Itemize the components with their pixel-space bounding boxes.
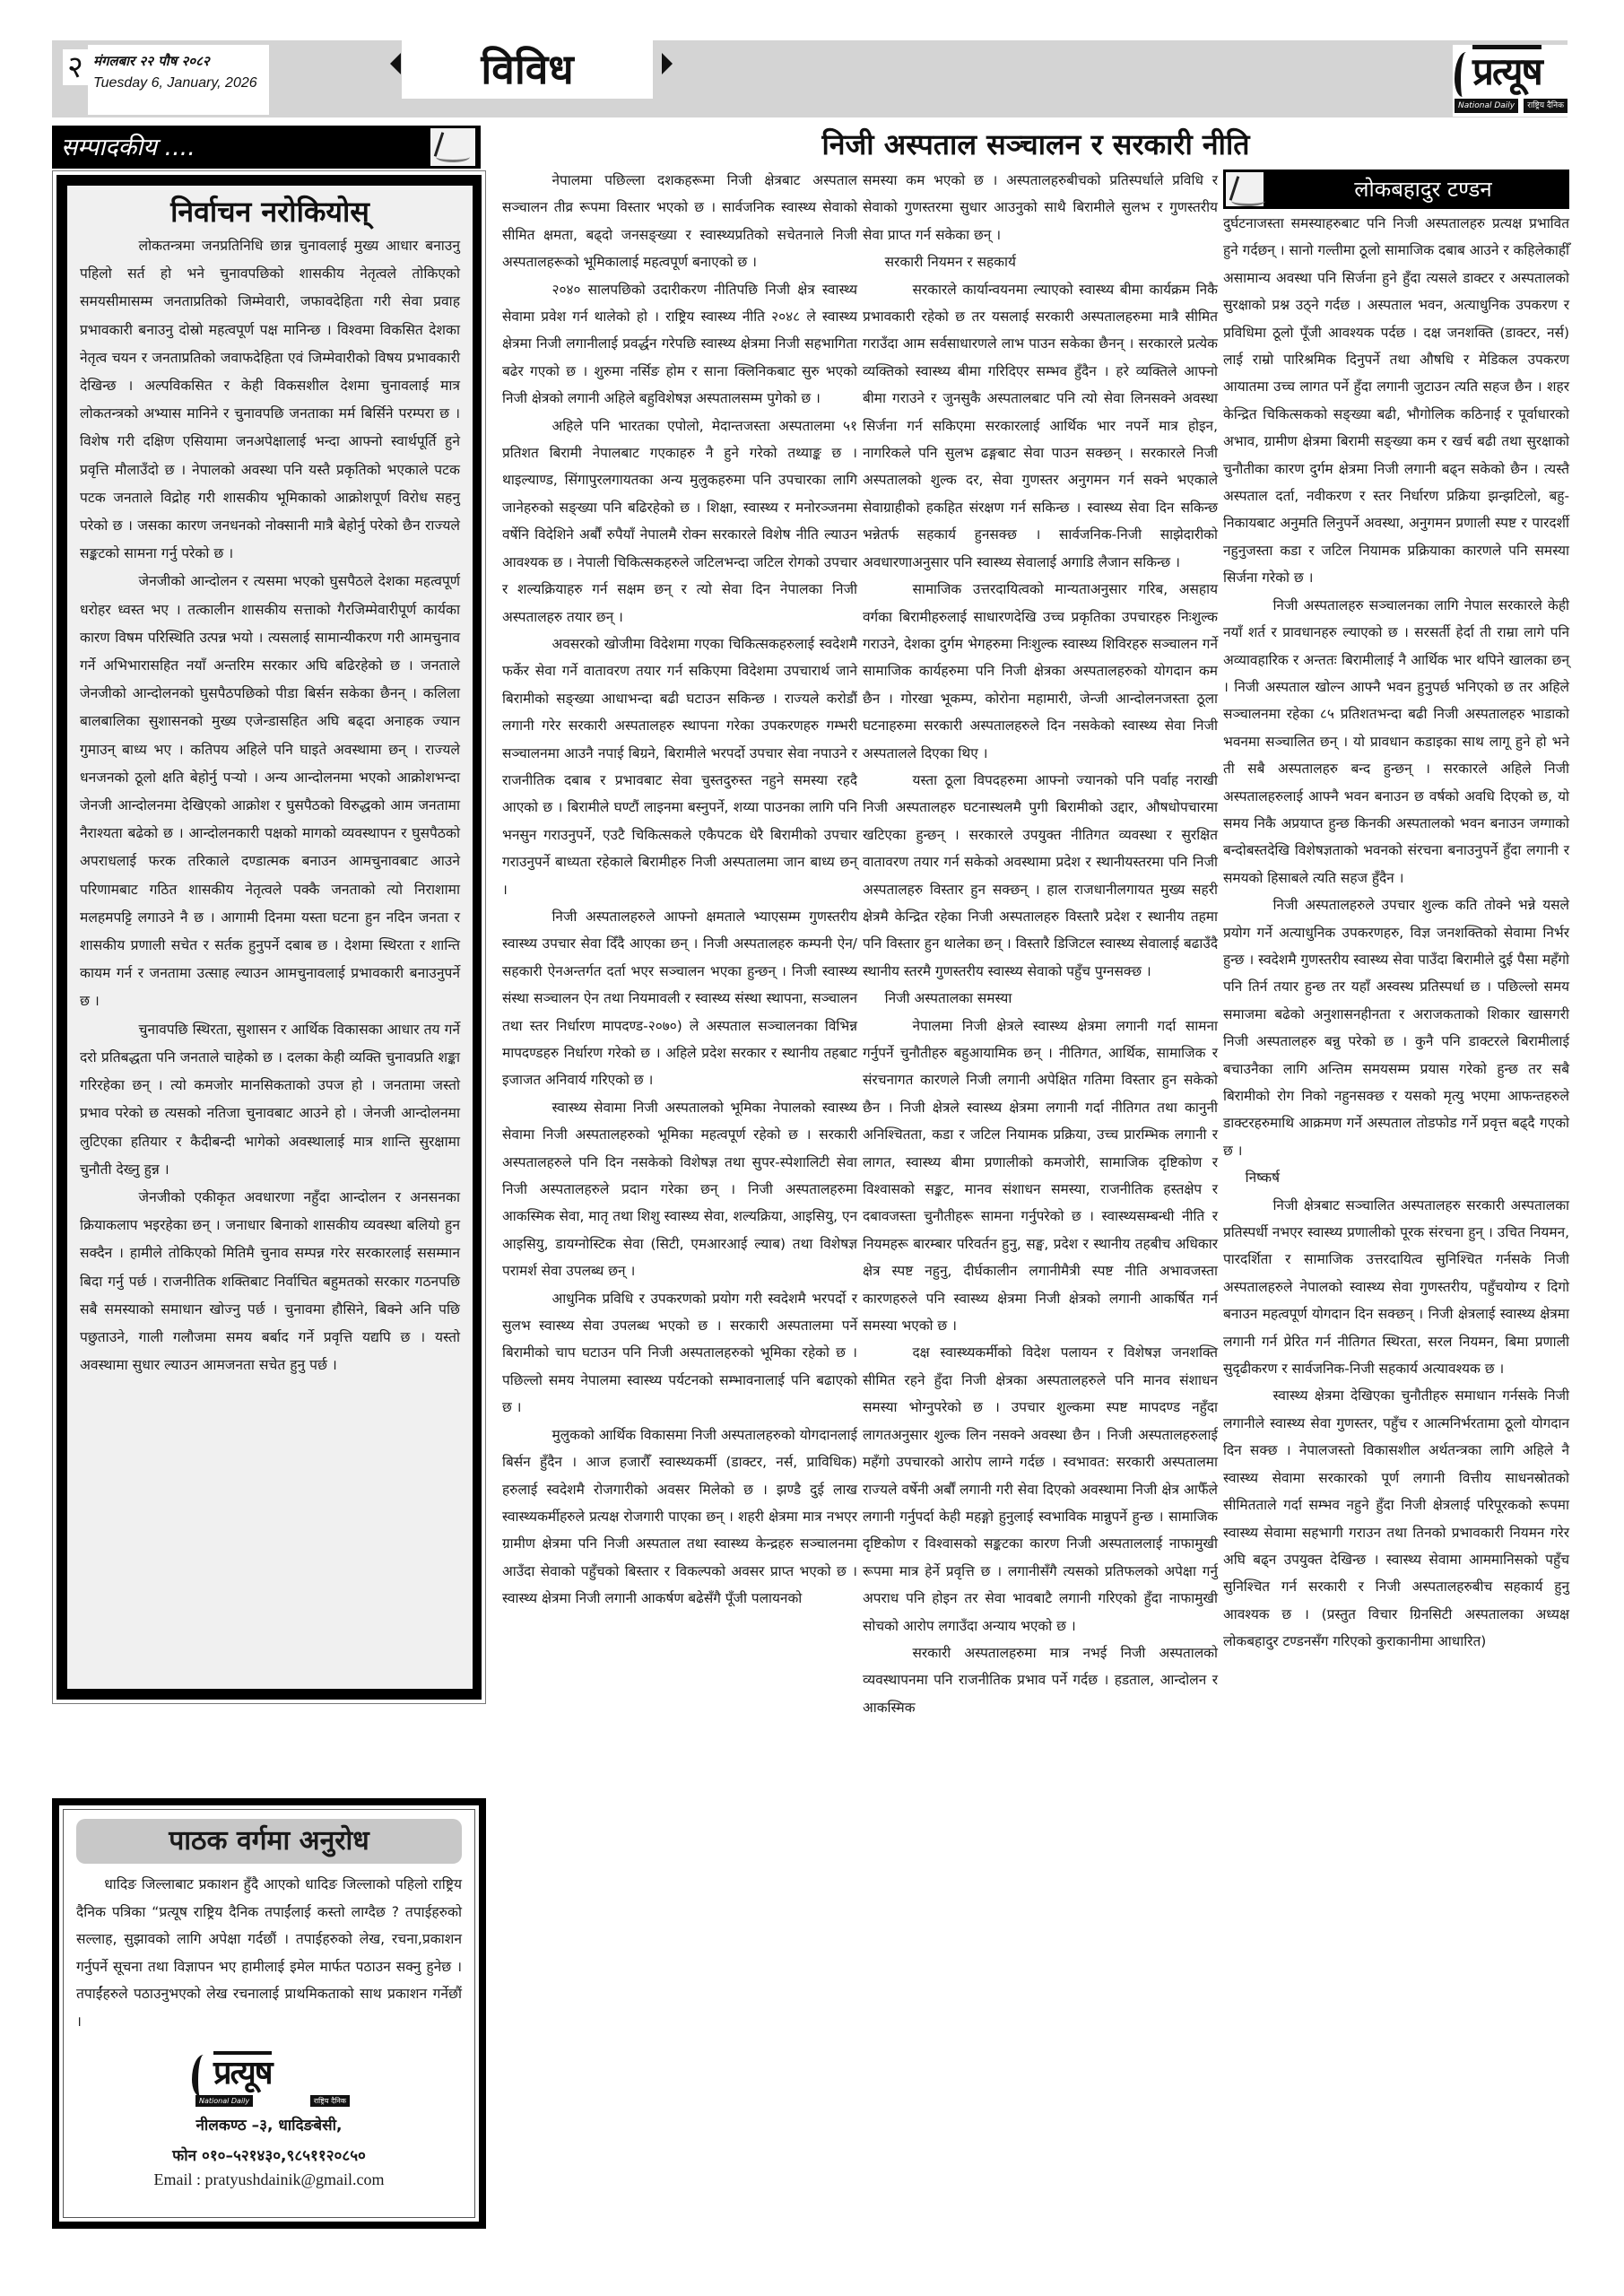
article-paragraph: नेपालमा निजी क्षेत्रले स्वास्थ्य क्षेत्र… <box>863 1013 1218 1340</box>
article-paragraph: नेपालमा पछिल्ला दशकहरूमा निजी क्षेत्रबाट… <box>502 167 857 276</box>
date-box: मंगलबार २२ पौष २०८२ Tuesday 6, January, … <box>88 45 269 115</box>
newspaper-logo-small: प्रत्यूष National Daily राष्ट्रिय दैनिक <box>187 2051 352 2107</box>
article-headline: निजी अस्पताल सञ्चालन र सरकारी नीति <box>502 125 1569 164</box>
article-paragraph: दक्ष स्वास्थ्यकर्मीको विदेश पलायन र विशे… <box>863 1339 1218 1639</box>
reader-notice-body: धादिङ जिल्लाबाट प्रकाशन हुँदै आएको धादिङ… <box>76 1871 462 2035</box>
article-paragraph: अहिले पनि भारतका एपोलो, मेदान्तजस्ता अस्… <box>502 413 857 631</box>
article-column-1: नेपालमा पछिल्ला दशकहरूमा निजी क्षेत्रबाट… <box>502 167 857 1613</box>
office-phone: फोन ०१०–५२१४३०,९८५११२०८५० <box>76 2144 462 2168</box>
logo-tagline-nepali: राष्ट्रिय दैनिक <box>1524 99 1568 113</box>
article-subheading: सरकारी नियमन र सहकार्य <box>863 248 1218 275</box>
section-header: विविध <box>402 40 653 99</box>
pen-icon <box>430 128 475 166</box>
editorial-label: सम्पादकीय .... <box>61 129 195 162</box>
office-email: Email : pratyushdainik@gmail.com <box>76 2168 462 2191</box>
article-paragraph: २०४० सालपछिको उदारीकरण नीतिपछि निजी क्षे… <box>502 276 857 413</box>
article-paragraph: निजी क्षेत्रबाट सञ्चालित अस्पतालहरु सरका… <box>1223 1192 1569 1383</box>
triangle-right-icon <box>662 53 673 74</box>
article-paragraph: सरकारी अस्पतालहरुमा मात्र नभई निजी अस्पत… <box>863 1639 1218 1721</box>
article-paragraph: मुलुकको आर्थिक विकासमा निजी अस्पतालहरुको… <box>502 1422 857 1613</box>
triangle-left-icon <box>390 53 401 74</box>
byline-banner: लोकबहादुर टण्डन <box>1223 170 1569 209</box>
logo-tagline-english: National Daily <box>1455 99 1518 113</box>
article-paragraph: निजी अस्पतालहरुले आफ्नो क्षमताले भ्याएसम… <box>502 903 857 1094</box>
article-paragraph: स्वास्थ्य सेवामा निजी अस्पतालको भूमिका न… <box>502 1094 857 1285</box>
article-paragraph: यस्ता ठूला विपदहरुमा आफ्नो ज्यानको पनि प… <box>863 767 1218 985</box>
article-paragraph: निजी अस्पतालहरुले उपचार शुल्क कति तोक्ने… <box>1223 891 1569 1164</box>
pen-icon <box>1226 172 1264 206</box>
editorial-title: निर्वाचन नरोकियोस् <box>80 191 460 232</box>
reader-notice-title: पाठक वर्गमा अनुरोध <box>76 1819 462 1864</box>
logo-tagline-nepali: राष्ट्रिय दैनिक <box>310 2095 350 2107</box>
editorial-paragraph: चुनावपछि स्थिरता, सुशासन र आर्थिक विकासक… <box>80 1016 460 1184</box>
office-address: नीलकण्ठ –३, धादिङबेसी, <box>76 2114 462 2137</box>
page-number: २ <box>63 49 88 85</box>
logo-wordmark: प्रत्यूष <box>1472 45 1541 94</box>
feather-icon <box>1455 52 1474 97</box>
article-paragraph: अवसरको खोजीमा विदेशमा गएका चिकित्सकहरुला… <box>502 631 857 903</box>
article-paragraph: आधुनिक प्रविधि र उपकरणको प्रयोग गरी स्वद… <box>502 1285 857 1422</box>
article-subheading: निजी अस्पतालका समस्या <box>863 985 1218 1012</box>
newspaper-logo: प्रत्यूष National Daily राष्ट्रिय दैनिक <box>1453 45 1568 117</box>
article-paragraph: दुर्घटनाजस्ता समस्याहरुबाट पनि निजी अस्प… <box>1223 210 1569 592</box>
author-name: लोकबहादुर टण्डन <box>1277 170 1569 209</box>
date-nepali: मंगलबार २२ पौष २०८२ <box>93 52 264 70</box>
section-title: विविध <box>481 45 573 93</box>
article-paragraph: सामाजिक उत्तरदायित्वको मान्यताअनुसार गरि… <box>863 576 1218 767</box>
editorial-banner: सम्पादकीय .... <box>52 126 481 169</box>
article-subheading: निष्कर्ष <box>1223 1164 1569 1191</box>
logo-tagline-english: National Daily <box>195 2095 253 2107</box>
article-paragraph: सरकारले कार्यान्वयनमा ल्याएको स्वास्थ्य … <box>863 276 1218 576</box>
article-paragraph: समस्या कम भएको छ । अस्पतालहरुबीचको प्रति… <box>863 167 1218 248</box>
article-column-2: समस्या कम भएको छ । अस्पतालहरुबीचको प्रति… <box>863 167 1218 1721</box>
article-paragraph: निजी अस्पतालहरु सञ्चालनका लागि नेपाल सरक… <box>1223 592 1569 891</box>
date-english: Tuesday 6, January, 2026 <box>93 75 264 91</box>
article-column-3: दुर्घटनाजस्ता समस्याहरुबाट पनि निजी अस्प… <box>1223 210 1569 1656</box>
masthead: २ मंगलबार २२ पौष २०८२ Tuesday 6, January… <box>52 40 1568 117</box>
reader-notice-box: पाठक वर्गमा अनुरोध धादिङ जिल्लाबाट प्रका… <box>52 1798 486 2229</box>
article-paragraph: स्वास्थ्य क्षेत्रमा देखिएका चुनौतीहरु सम… <box>1223 1382 1569 1655</box>
editorial-body: लोकतन्त्रमा जनप्रतिनिधि छान्न चुनावलाई म… <box>80 232 460 1379</box>
logo-wordmark: प्रत्यूष <box>213 2051 272 2092</box>
editorial-paragraph: जेनजीको एकीकृत अवधारणा नहुँदा आन्दोलन र … <box>80 1184 460 1379</box>
editorial-box: निर्वाचन नरोकियोस् लोकतन्त्रमा जनप्रतिनि… <box>52 170 486 1704</box>
editorial-paragraph: जेनजीको आन्दोलन र त्यसमा भएको घुसपैठले द… <box>80 568 460 1015</box>
feather-icon <box>192 2055 212 2096</box>
editorial-paragraph: लोकतन्त्रमा जनप्रतिनिधि छान्न चुनावलाई म… <box>80 232 460 568</box>
